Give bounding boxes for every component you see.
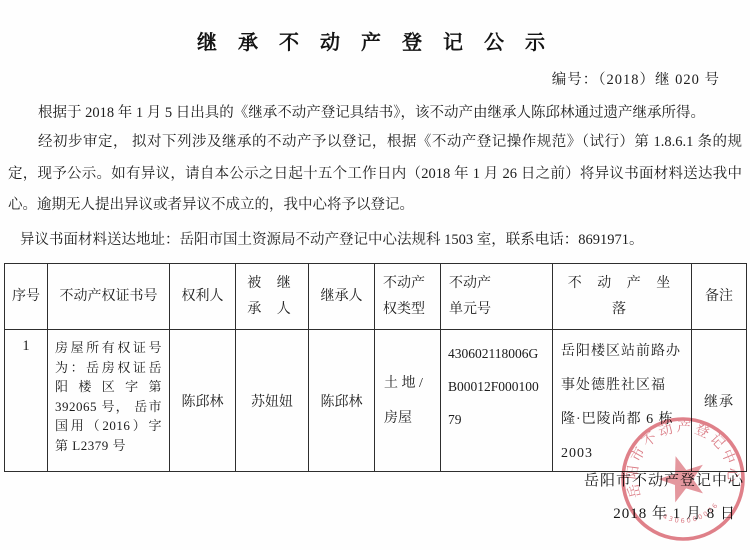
cell-note: 继承 bbox=[692, 330, 747, 472]
cell-holder: 陈邱林 bbox=[170, 330, 236, 472]
header-holder: 权利人 bbox=[170, 264, 236, 330]
header-location: 不 动 产 坐 落 bbox=[553, 264, 692, 330]
cell-decedent: 苏妞妞 bbox=[236, 330, 309, 472]
signature-date: 2018 年 1 月 8 日 bbox=[613, 502, 736, 523]
header-seq: 序号 bbox=[5, 264, 48, 330]
table-header-row: 序号 不动产权证书号 权利人 被 继 承 人 继承人 不动产 权类型 不动产 单… bbox=[5, 264, 747, 330]
document-number: 编号：（2018）继 020 号 bbox=[552, 68, 720, 89]
cell-location: 岳阳楼区站前路办 事处德胜社区福 隆·巴陵尚都 6 栋 2003 bbox=[553, 330, 692, 472]
paragraph-review-notice: 经初步审定， 拟对下列涉及继承的不动产予以登记，根据《不动产登记操作规范》（试行… bbox=[8, 127, 742, 222]
header-unit-number: 不动产 单元号 bbox=[441, 264, 553, 330]
cell-seq: 1 bbox=[5, 330, 48, 472]
signature-organization: 岳阳市不动产登记中心 bbox=[584, 469, 744, 490]
header-heir: 继承人 bbox=[309, 264, 375, 330]
table-row: 1 房屋所有权证号为：岳房权证岳阳楼区字第 392065 号， 岳市国用（201… bbox=[5, 330, 747, 472]
page-title: 继 承 不 动 产 登 记 公 示 bbox=[0, 26, 750, 55]
document-page: 继 承 不 动 产 登 记 公 示 编号：（2018）继 020 号 根据于 2… bbox=[0, 0, 750, 550]
paragraph-contact-address: 异议书面材料送达地址：岳阳市国土资源局不动产登记中心法规科 1503 室，联系电… bbox=[8, 225, 742, 257]
registration-table: 序号 不动产权证书号 权利人 被 继 承 人 继承人 不动产 权类型 不动产 单… bbox=[4, 263, 747, 472]
header-right-type: 不动产 权类型 bbox=[375, 264, 441, 330]
cell-cert-number: 房屋所有权证号为：岳房权证岳阳楼区字第 392065 号， 岳市国用（2016）… bbox=[48, 330, 170, 472]
header-cert-number: 不动产权证书号 bbox=[48, 264, 170, 330]
header-decedent: 被 继 承 人 bbox=[236, 264, 309, 330]
cell-heir: 陈邱林 bbox=[309, 330, 375, 472]
header-note: 备注 bbox=[692, 264, 747, 330]
cell-unit-number: 430602118006G B00012F000100 79 bbox=[441, 330, 553, 472]
paragraph-basis: 根据于 2018 年 1 月 5 日出具的《继承不动产登记具结书》，该不动产由继… bbox=[8, 98, 742, 130]
cell-right-type: 土 地 / 房屋 bbox=[375, 330, 441, 472]
